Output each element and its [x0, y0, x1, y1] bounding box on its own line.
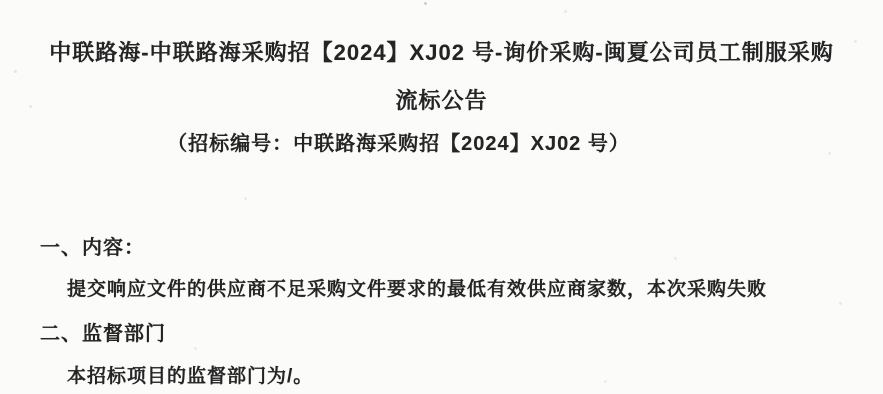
section1-heading: 一、内容：: [40, 231, 145, 260]
section2-heading: 二、监督部门: [40, 317, 166, 346]
document-title-line2: 流标公告: [0, 84, 883, 115]
section2-body-text: 本招标项目的监督部门为/。: [67, 361, 313, 388]
section1-body-text: 提交响应文件的供应商不足采购文件要求的最低有效供应商家数，本次采购失败: [67, 274, 767, 301]
document-title-line1: 中联路海-中联路海采购招【2024】XJ02 号-询价采购-闽夏公司员工制服采购: [0, 36, 883, 67]
bid-number-line: （招标编号：中联路海采购招【2024】XJ02 号）: [0, 127, 840, 156]
document-page: 中联路海-中联路海采购招【2024】XJ02 号-询价采购-闽夏公司员工制服采购…: [0, 0, 883, 394]
